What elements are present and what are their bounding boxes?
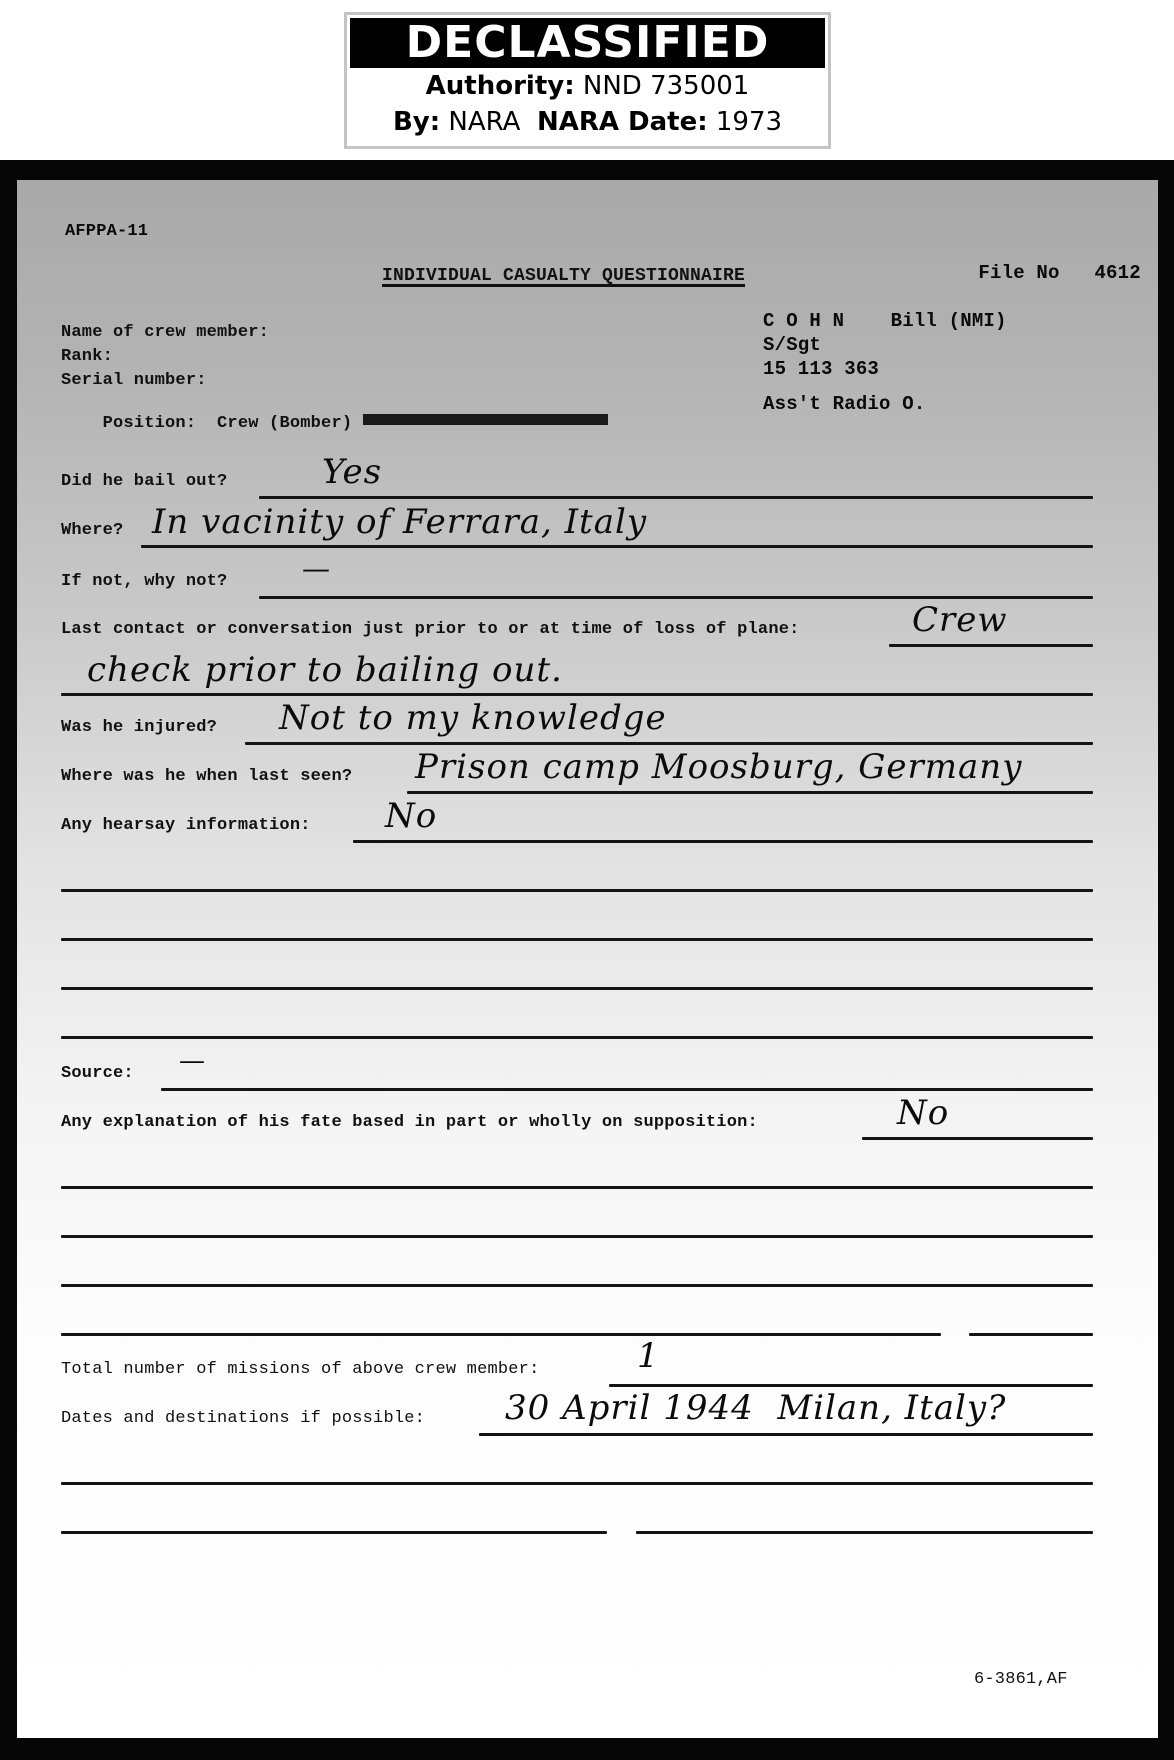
declassified-stamp: DECLASSIFIED Authority: NND 735001 By: N…: [344, 12, 831, 149]
document-page: AFPPA-11 File No 4612 INDIVIDUAL CASUALT…: [17, 180, 1158, 1738]
answer-line: [245, 742, 1093, 745]
blank-line: [61, 1284, 1093, 1287]
crew-rank-value: S/Sgt: [763, 334, 821, 356]
question-injured: Was he injured?: [61, 718, 217, 737]
answer-line: [353, 840, 1093, 843]
blank-line: [969, 1333, 1093, 1336]
crew-name-label: Name of crew member:: [61, 323, 269, 342]
answer-supposition[interactable]: No: [897, 1093, 949, 1133]
question-dates: Dates and destinations if possible:: [61, 1409, 425, 1428]
struck-out-text: or Fighter (Fighter): [363, 414, 608, 425]
position-label-text: Position: Crew (Bomber): [103, 414, 353, 433]
answer-last-seen[interactable]: Prison camp Moosburg, Germany: [415, 747, 1022, 787]
question-source: Source:: [61, 1064, 134, 1083]
question-where: Where?: [61, 521, 123, 540]
answer-where[interactable]: In vacinity of Ferrara, Italy: [152, 502, 647, 542]
authority-value: NND 735001: [583, 71, 749, 101]
answer-line: [862, 1137, 1093, 1140]
answer-hearsay[interactable]: No: [385, 796, 437, 836]
blank-line: [61, 1482, 1093, 1485]
blank-line: [636, 1531, 1093, 1534]
crew-position-value: Ass't Radio O.: [763, 393, 925, 415]
file-no-label: File No: [978, 262, 1059, 284]
blank-line: [61, 1235, 1093, 1238]
form-title: INDIVIDUAL CASUALTY QUESTIONNAIRE: [382, 266, 745, 286]
date-value: 1973: [716, 107, 782, 137]
answer-missions[interactable]: 1: [637, 1336, 660, 1376]
question-why-not: If not, why not?: [61, 572, 227, 591]
file-no-value: 4612: [1094, 262, 1140, 284]
file-number: File No 4612: [932, 240, 1141, 306]
answer-last-contact-continuation[interactable]: check prior to bailing out.: [87, 650, 563, 690]
answer-line: [889, 644, 1093, 647]
blank-line: [61, 938, 1093, 941]
answer-line: [141, 545, 1093, 548]
blank-line: [61, 1333, 941, 1336]
crew-serial-value: 15 113 363: [763, 358, 879, 380]
crew-serial-label: Serial number:: [61, 371, 207, 390]
question-hearsay: Any hearsay information:: [61, 816, 311, 835]
stamp-authority: Authority: NND 735001: [347, 68, 828, 104]
answer-last-contact[interactable]: Crew: [912, 600, 1008, 640]
blank-line: [61, 1531, 607, 1534]
crew-rank-label: Rank:: [61, 347, 113, 366]
answer-line: [259, 596, 1093, 599]
answer-injured[interactable]: Not to my knowledge: [279, 698, 667, 738]
date-label: NARA Date:: [537, 107, 708, 137]
form-footer-code: 6-3861,AF: [974, 1670, 1068, 1689]
answer-line: [161, 1088, 1093, 1091]
answer-line: [259, 496, 1093, 499]
blank-line: [61, 1036, 1093, 1039]
form-code: AFPPA-11: [65, 222, 148, 241]
by-label: By:: [393, 107, 440, 137]
blank-line: [61, 1186, 1093, 1189]
answer-line-continuation: [61, 693, 1093, 696]
answer-dates[interactable]: 30 April 1944 Milan, Italy?: [505, 1388, 1006, 1428]
authority-label: Authority:: [426, 71, 575, 101]
answer-line: [609, 1384, 1093, 1387]
crew-name-value: C O H N Bill (NMI): [763, 310, 1007, 332]
answer-bail-out[interactable]: Yes: [322, 452, 382, 492]
blank-line: [61, 889, 1093, 892]
crew-position-label: Position: Crew (Bomber) or Fighter (Figh…: [61, 395, 608, 452]
stamp-by-date: By: NARA NARA Date: 1973: [347, 104, 828, 140]
answer-source[interactable]: —: [179, 1046, 206, 1076]
question-last-contact: Last contact or conversation just prior …: [61, 620, 800, 639]
question-last-seen: Where was he when last seen?: [61, 767, 352, 786]
question-bail-out: Did he bail out?: [61, 472, 227, 491]
blank-line: [61, 987, 1093, 990]
question-missions: Total number of missions of above crew m…: [61, 1360, 539, 1379]
by-value: NARA: [448, 107, 520, 137]
answer-line: [407, 791, 1093, 794]
question-supposition: Any explanation of his fate based in par…: [61, 1113, 758, 1132]
answer-line: [479, 1433, 1093, 1436]
stamp-heading: DECLASSIFIED: [350, 18, 825, 68]
answer-why-not[interactable]: —: [302, 552, 331, 585]
